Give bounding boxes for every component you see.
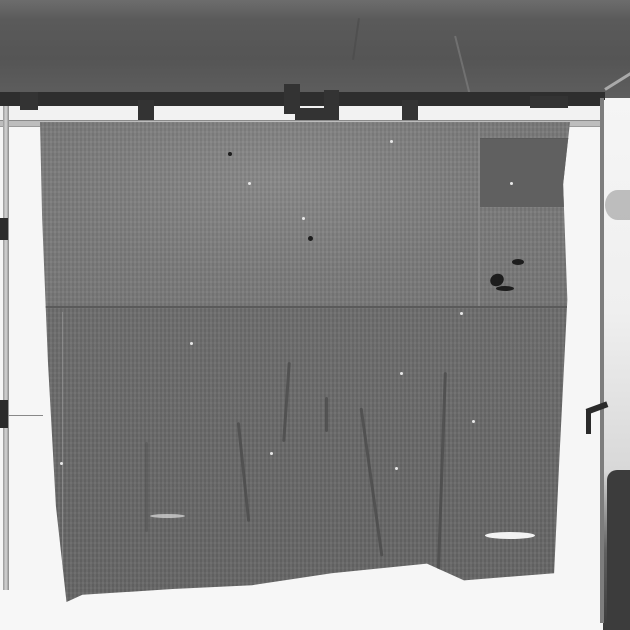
lint-speck xyxy=(248,182,251,185)
wall-crack xyxy=(352,18,360,60)
lint-speck xyxy=(270,452,273,455)
worn-spot xyxy=(150,514,185,518)
wall xyxy=(0,0,630,98)
chair-shadow xyxy=(607,470,630,630)
blanket xyxy=(40,122,570,602)
hem-tear xyxy=(485,532,535,539)
floor xyxy=(0,590,600,630)
mounting-bar xyxy=(0,92,605,106)
bracket xyxy=(586,410,591,434)
right-post xyxy=(600,98,604,623)
lint-speck xyxy=(302,217,305,220)
lint-speck xyxy=(460,312,463,315)
horizontal-seam xyxy=(40,306,570,308)
wire xyxy=(8,415,43,416)
left-hem-stitch xyxy=(62,312,63,592)
lint-speck xyxy=(472,420,475,423)
tape-strap xyxy=(530,96,568,108)
fabric-fold xyxy=(145,442,148,532)
moth-hole xyxy=(496,286,514,291)
right-shadow xyxy=(605,190,630,220)
lint-speck xyxy=(395,467,398,470)
tape-strap xyxy=(138,100,154,122)
lint-speck xyxy=(190,342,193,345)
lint-speck xyxy=(60,462,63,465)
blanket-lower-panel xyxy=(40,306,570,602)
lint-speck xyxy=(510,182,513,185)
photo-scene xyxy=(0,0,630,630)
tape-strap xyxy=(324,90,339,120)
lint-speck xyxy=(390,140,393,143)
moth-hole xyxy=(228,152,232,156)
wall-streak xyxy=(454,36,472,100)
pole-clip xyxy=(0,218,8,240)
tape-strap xyxy=(402,100,418,122)
lint-speck xyxy=(400,372,403,375)
tape-strap xyxy=(20,92,38,110)
pole-clip xyxy=(0,400,8,428)
moth-hole xyxy=(308,236,313,241)
fabric-fold xyxy=(325,397,328,432)
left-pole xyxy=(3,106,9,626)
moth-hole xyxy=(512,259,524,265)
fabric-patch xyxy=(480,138,570,207)
